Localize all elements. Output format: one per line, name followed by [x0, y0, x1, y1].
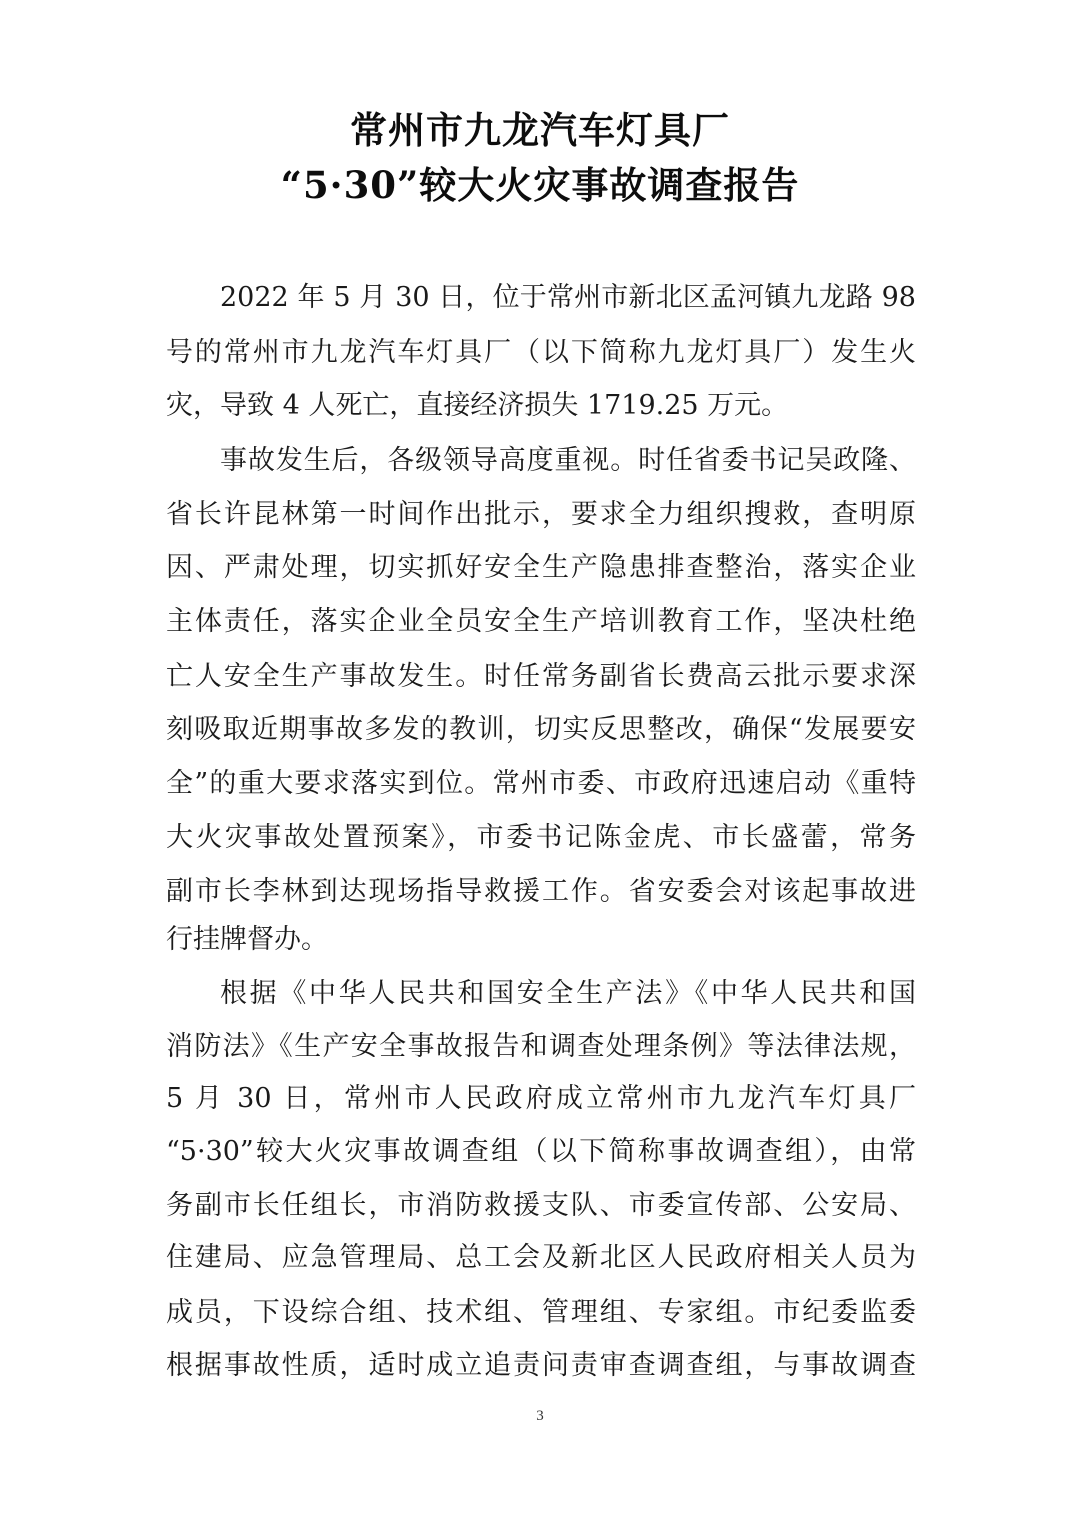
paragraph-line: 副市长李林到达现场指导救援工作。省安委会对该起事故进	[166, 874, 916, 910]
paragraph-line: 省长许昆林第一时间作出批示，要求全力组织搜救，查明原	[166, 497, 916, 533]
paragraph-line: 消防法》《生产安全事故报告和调查处理条例》等法律法规，	[166, 1029, 916, 1065]
paragraph-line: 大火灾事故处置预案》，市委书记陈金虎、市长盛蕾，常务	[166, 820, 916, 856]
paragraph-line: 成员，下设综合组、技术组、管理组、专家组。市纪委监委	[166, 1295, 916, 1331]
paragraph-line: 住建局、应急管理局、总工会及新北区人民政府相关人员为	[166, 1240, 916, 1276]
paragraph-line: 因、严肃处理，切实抓好安全生产隐患排查整治，落实企业	[166, 550, 916, 586]
paragraph-line: 事故发生后，各级领导高度重视。时任省委书记吴政隆、	[220, 443, 916, 479]
paragraph-line: 5 月 30 日，常州市人民政府成立常州市九龙汽车灯具厂	[166, 1081, 916, 1117]
paragraph-line: 刻吸取近期事故多发的教训，切实反思整改，确保“发展要安	[166, 712, 916, 748]
paragraph-line: “5·30”较大火灾事故调查组（以下简称事故调查组），由常	[166, 1134, 916, 1170]
paragraph-line: 根据事故性质，适时成立追责问责审查调查组，与事故调查	[166, 1348, 916, 1384]
paragraph-line: 全”的重大要求落实到位。常州市委、市政府迅速启动《重特	[166, 766, 916, 802]
paragraph-line: 灾，导致 4 人死亡，直接经济损失 1719.25 万元。	[166, 388, 916, 424]
document-title-line-2: “5·30”较大火灾事故调查报告	[0, 162, 1080, 208]
document-page: 常州市九龙汽车灯具厂 “5·30”较大火灾事故调查报告 2022 年 5 月 3…	[0, 0, 1080, 1527]
document-title-line-1: 常州市九龙汽车灯具厂	[0, 107, 1080, 153]
paragraph-line: 根据《中华人民共和国安全生产法》《中华人民共和国	[220, 976, 916, 1012]
page-number: 3	[0, 1408, 1080, 1425]
paragraph-line: 行挂牌督办。	[166, 922, 916, 958]
paragraph-line: 2022 年 5 月 30 日，位于常州市新北区孟河镇九龙路 98	[220, 280, 916, 316]
paragraph-line: 务副市长任组长，市消防救援支队、市委宣传部、公安局、	[166, 1188, 916, 1224]
paragraph-line: 号的常州市九龙汽车灯具厂（以下简称九龙灯具厂）发生火	[166, 335, 916, 371]
paragraph-line: 亡人安全生产事故发生。时任常务副省长费高云批示要求深	[166, 659, 916, 695]
paragraph-line: 主体责任，落实企业全员安全生产培训教育工作，坚决杜绝	[166, 604, 916, 640]
